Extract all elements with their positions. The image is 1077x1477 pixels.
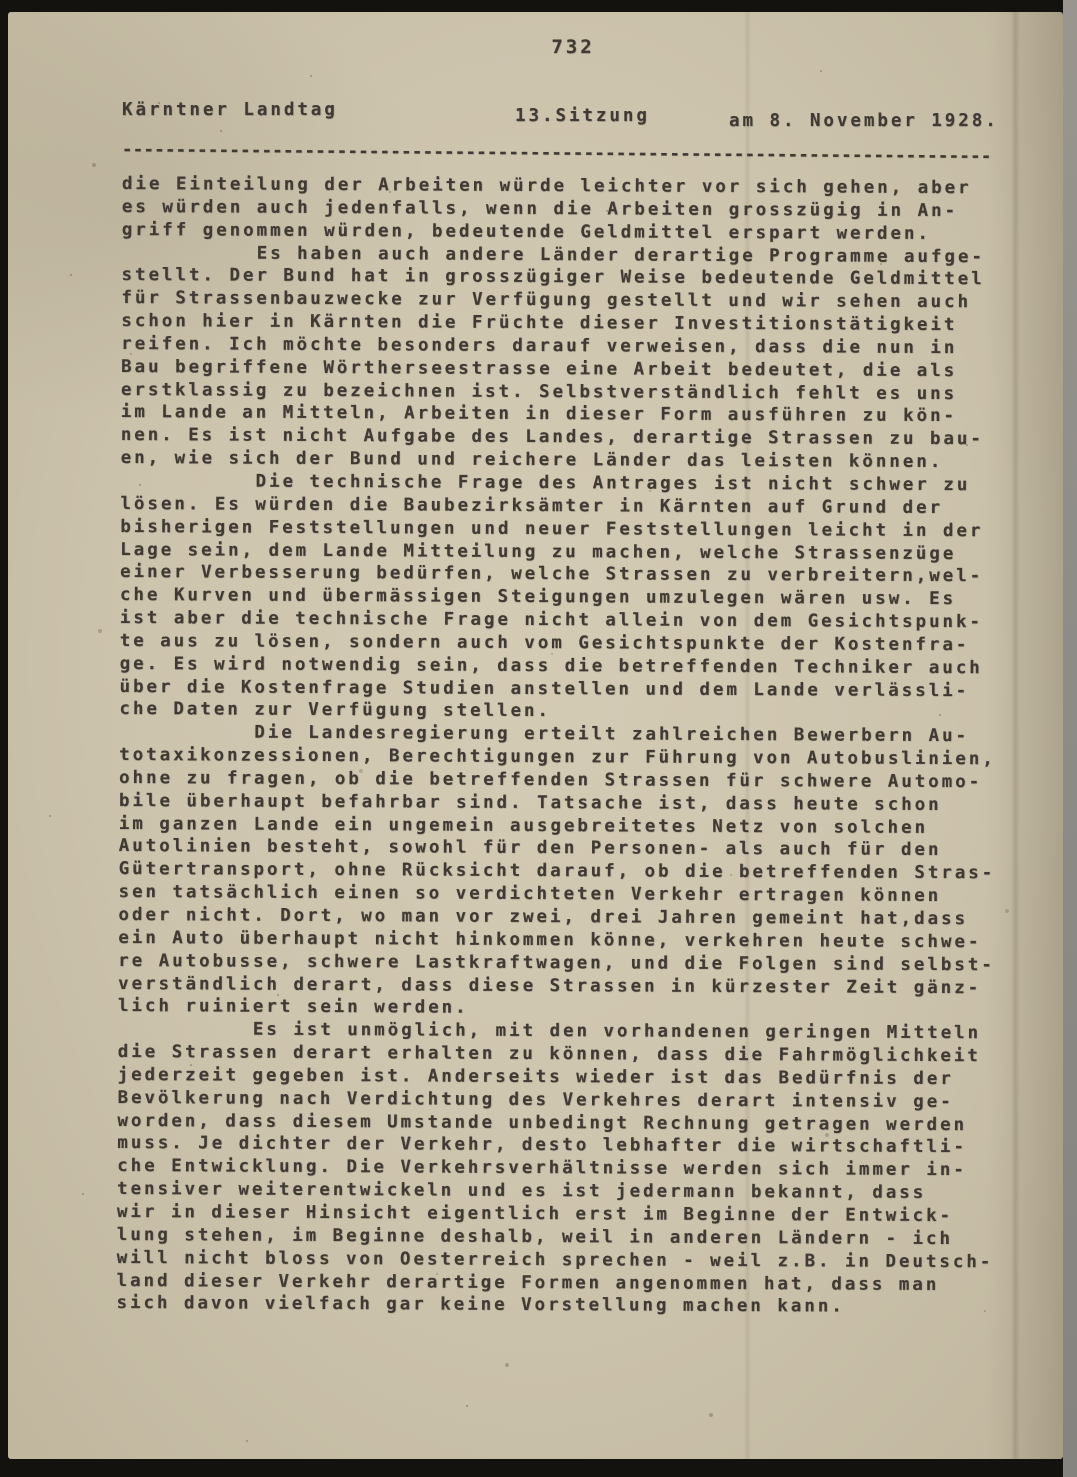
page-number: 732 <box>448 36 698 58</box>
text-line: sich davon vielfach gar keine Vorstellun… <box>116 1292 1016 1319</box>
session-number: 13.Sitzung <box>515 106 650 126</box>
session-header: Kärntner Landtag 13.Sitzung am 8. Novemb… <box>122 100 1012 126</box>
parliament-title: Kärntner Landtag <box>122 100 338 120</box>
dashed-rule: ----------------------------------------… <box>122 140 992 163</box>
scanned-page: 732 Kärntner Landtag 13.Sitzung am 8. No… <box>0 0 1077 1477</box>
paper-sheet: 732 Kärntner Landtag 13.Sitzung am 8. No… <box>8 12 1063 1459</box>
scanner-edge-strip <box>1063 0 1077 1477</box>
paper-speckles <box>8 12 10 14</box>
body-text: die Einteilung der Arbeiten würde leicht… <box>116 173 1022 1320</box>
session-date: am 8. November 1928. <box>729 111 999 131</box>
